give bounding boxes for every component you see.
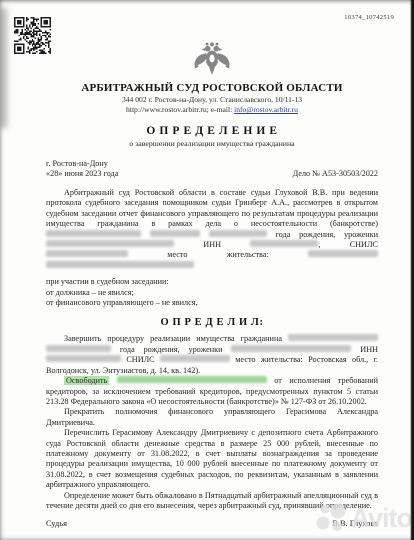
ruling-transfer-paragraph: Перечислить Герасимову Александру Дмитри… [46, 428, 378, 490]
photo-edge [410, 0, 414, 540]
city: г. Ростов-на-Дону [46, 159, 378, 168]
redacted-debtor-name [46, 230, 141, 237]
case-number: Дело № А53-30503/2022 [293, 169, 378, 178]
release-word-highlighted: Освободить [64, 376, 109, 385]
ruling-heading: О П Р Е Д Е Л И Л: [46, 317, 378, 328]
judge-label: Судья [46, 519, 67, 528]
judge-name: В.В. Глухова [332, 519, 378, 528]
intro-text: года рождения, уроженки [276, 230, 379, 239]
court-email-link[interactable]: info@rostov.arbitr.ru [234, 105, 298, 114]
redacted-name-highlighted [117, 376, 267, 383]
court-contacts-line: http://www.rostov.arbitr.ru; e-mail: inf… [46, 105, 378, 114]
intro-paragraph: Арбитражный суд Ростовской области в сос… [46, 188, 378, 271]
qr-code-icon [14, 17, 51, 54]
ruling-terminate-paragraph: Прекратить полномочия финансового управл… [46, 407, 378, 428]
ruling-complete-paragraph: Завершить процедуру реализации имущества… [46, 334, 378, 376]
attendance-manager: от финансового управляющего – не явился, [46, 298, 378, 308]
attendance-block: при участии в судебном заседании: от дол… [46, 277, 378, 308]
attendance-title: при участии в судебном заседании: [46, 277, 378, 287]
court-name: АРБИТРАЖНЫЙ СУД РОСТОВСКОЙ ОБЛАСТИ [46, 82, 378, 94]
doc-subject: о завершении реализации имущества гражда… [46, 139, 378, 148]
doc-type-heading: О П Р Е Д Е Л Е Н И Е [46, 125, 378, 137]
hearing-date: «28» июня 2023 года [46, 169, 118, 178]
ruling-text: СНИЛС [126, 355, 154, 364]
ruling-release-paragraph: Освободить от исполнения требований кред… [46, 376, 378, 407]
redacted-address [308, 250, 378, 257]
redacted-birthdate [46, 345, 111, 352]
document-page: 10374_10742519 А [0, 0, 414, 540]
redacted-text [150, 230, 200, 237]
ruling-text: ИНН [360, 345, 378, 354]
court-website: http://www.rostov.arbitr.ru; e-mail: [126, 105, 234, 114]
case-meta: г. Ростов-на-Дону «28» июня 2023 года Де… [46, 159, 378, 178]
redacted-snils [46, 250, 128, 257]
redacted-inn [250, 240, 318, 247]
redacted-birthplace [46, 240, 174, 247]
redacted-birthdate [209, 230, 267, 237]
coat-of-arms-icon [46, 40, 378, 78]
scan-id: 10374_10742519 [344, 14, 394, 21]
intro-text: , СНИЛС [318, 240, 378, 249]
attendance-debtor: от должника – не явился; [46, 288, 378, 298]
redacted-snils [160, 355, 230, 362]
intro-text: ИНН [203, 240, 221, 249]
intro-text: Арбитражный суд Ростовской области в сос… [46, 188, 378, 228]
intro-text: место жительства: [167, 250, 268, 259]
ruling-appeal-paragraph: Определение может быть обжаловано в Пятн… [46, 491, 378, 512]
redacted-birthplace [231, 345, 351, 352]
photo-edge-smudge [0, 8, 7, 128]
court-address: 344 002 г. Ростов-на-Дону, ул. Станислав… [46, 95, 378, 104]
ruling-text: года рождения, уроженки [120, 345, 223, 354]
redacted-inn [46, 355, 121, 362]
redacted-debtor-name [288, 334, 378, 341]
signature-row: Судья В.В. Глухова [46, 519, 378, 528]
ruling-text: Завершить процедуру реализации имущества… [64, 334, 282, 343]
redacted-address [46, 261, 194, 268]
